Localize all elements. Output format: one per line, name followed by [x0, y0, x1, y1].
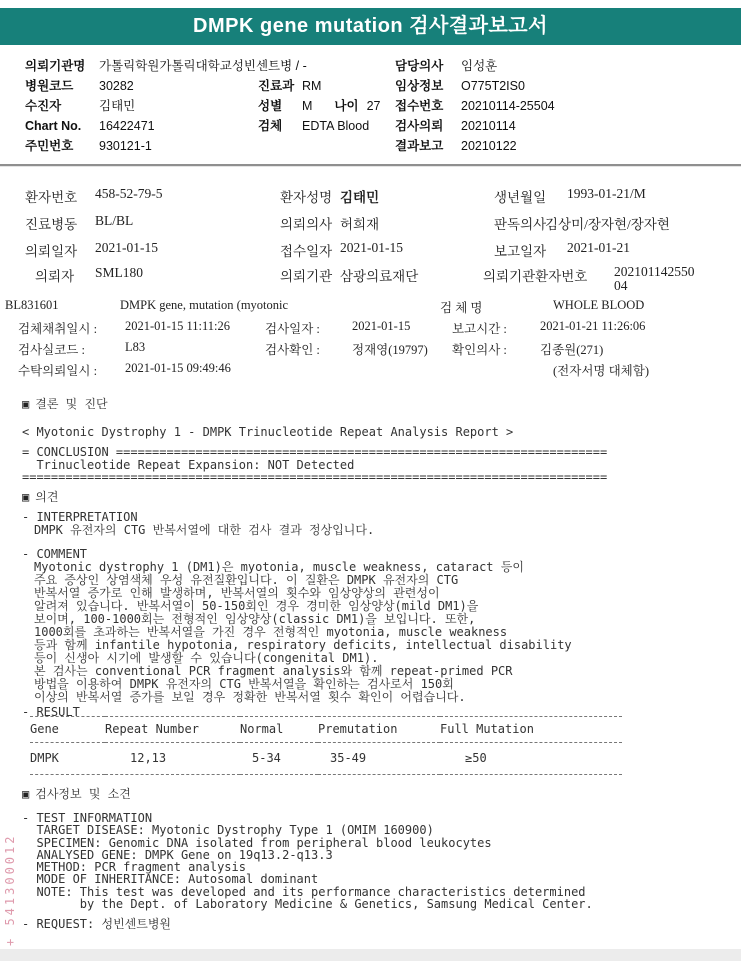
field-value: 가톨릭학원가톨릭대학교성빈센트병 / -: [99, 59, 307, 73]
info-row: 결과보고20210122: [395, 136, 555, 156]
request-info-middle: 진료과RM 성별M나이27 검체EDTA Blood: [258, 76, 380, 136]
vertical-accession-code: + 541300012: [3, 834, 17, 946]
section-marker-icon: ▣: [22, 490, 29, 504]
field-label: 환자번호: [25, 186, 77, 206]
field-label: 의뢰기관명: [25, 56, 99, 76]
field-label: 보고일자: [494, 240, 546, 260]
field-label: 검체채취일시 :: [18, 319, 97, 337]
field-value: 임성훈: [461, 59, 497, 73]
field-label: 주민번호: [25, 136, 99, 156]
field-value: 김종원(271): [540, 340, 603, 358]
field-label: 수진자: [25, 96, 99, 116]
repeat-number-cell: 12,13: [105, 743, 240, 775]
section-marker-icon: ▣: [22, 787, 29, 801]
field-label: 보고시간 :: [452, 319, 507, 337]
signature-note: (전자서명 대체함): [553, 361, 649, 379]
section-heading-conclusion: ▣결론 및 진단: [22, 398, 108, 411]
field-value: 16422471: [99, 119, 155, 133]
field-label: 임상정보: [395, 76, 461, 96]
column-header: Full Mutation: [440, 717, 622, 743]
field-label: 검사일자 :: [265, 319, 320, 337]
field-value: 삼광의료재단: [340, 265, 418, 285]
test-info-body: - TEST INFORMATION TARGET DISEASE: Myoto…: [22, 812, 593, 910]
report-page: DMPK gene mutation 검사결과보고서 의뢰기관명가톨릭학원가톨릭…: [0, 0, 741, 961]
section-divider: [0, 164, 741, 167]
info-row: 검체EDTA Blood: [258, 116, 380, 136]
info-row: 담당의사임성훈: [395, 56, 555, 76]
field-label: 의뢰자: [35, 265, 74, 285]
field-label: 병원코드: [25, 76, 99, 96]
section-title: 검사정보 및 소견: [35, 787, 131, 801]
field-value: 20210122: [461, 139, 517, 153]
gene-cell: DMPK: [30, 743, 105, 775]
field-value: 정재영(19797): [352, 340, 428, 358]
column-header: Premutation: [318, 717, 440, 743]
info-row: 주민번호930121-1: [25, 136, 307, 156]
test-name: DMPK gene, mutation (myotonic: [120, 298, 288, 313]
info-row: 임상정보O775T2IS0: [395, 76, 555, 96]
result-table-data-row: DMPK 12,13 5-34 35-49 ≥50: [30, 743, 622, 775]
field-value: 1993-01-21/M: [567, 186, 646, 202]
field-label: 생년월일: [494, 186, 546, 206]
field-value: 허희재: [340, 213, 379, 233]
field-label: 의뢰기관: [280, 265, 332, 285]
column-header: Gene: [30, 717, 105, 743]
section-title: 의견: [35, 490, 58, 504]
field-label: 검사의뢰: [395, 116, 461, 136]
field-value: 930121-1: [99, 139, 152, 153]
field-value: 2021-01-15: [352, 319, 410, 334]
field-value: 2021-01-15 09:49:46: [125, 361, 231, 376]
info-row: 의뢰기관명가톨릭학원가톨릭대학교성빈센트병 / -: [25, 56, 307, 76]
field-value: L83: [125, 340, 145, 355]
info-row: 검사의뢰20210114: [395, 116, 555, 136]
field-value: 27: [367, 99, 381, 113]
field-value: 2021-01-21: [567, 240, 630, 256]
field-value: 20210114255004: [614, 265, 698, 293]
report-subtitle: < Myotonic Dystrophy 1 - DMPK Trinucleot…: [22, 426, 513, 439]
field-value: SML180: [95, 265, 143, 281]
info-row: 성별M나이27: [258, 96, 380, 116]
field-label: 의뢰의사: [280, 213, 332, 233]
field-value: 2021-01-15 11:11:26: [125, 319, 230, 334]
field-value: 2021-01-21 11:26:06: [540, 319, 645, 334]
info-row: 진료과RM: [258, 76, 380, 96]
field-label: 환자성명: [280, 186, 332, 206]
test-code: BL831601: [5, 298, 58, 313]
field-label: 진료병동: [25, 213, 77, 233]
field-label: 검사확인 :: [265, 340, 320, 358]
field-value: 30282: [99, 79, 134, 93]
field-value: 2021-01-15: [340, 240, 403, 256]
info-row: 접수번호20210114-25504: [395, 96, 555, 116]
request-line: - REQUEST: 성빈센트병원: [22, 918, 171, 931]
normal-range-cell: 5-34: [240, 743, 318, 775]
field-value: BL/BL: [95, 213, 133, 229]
field-label: Chart No.: [25, 116, 99, 136]
section-heading-test-info: ▣검사정보 및 소견: [22, 788, 131, 801]
field-value: 458-52-79-5: [95, 186, 163, 202]
comment-body: Myotonic dystrophy 1 (DM1)은 myotonia, mu…: [34, 561, 674, 704]
field-label: 접수일자: [280, 240, 332, 260]
field-label: 검체: [258, 116, 302, 136]
field-value: EDTA Blood: [302, 119, 369, 133]
patient-name: 김태민: [340, 186, 379, 206]
field-value: 김상미/장자현/장자현: [545, 213, 670, 233]
field-label: 판독의사: [494, 213, 546, 233]
section-heading-opinion: ▣의견: [22, 491, 58, 504]
field-value: M: [302, 99, 312, 113]
field-label: 확인의사 :: [452, 340, 507, 358]
field-label: 의뢰일자: [25, 240, 77, 260]
section-marker-icon: ▣: [22, 397, 29, 411]
column-header: Normal: [240, 717, 318, 743]
specimen-type: WHOLE BLOOD: [553, 298, 644, 313]
report-title: DMPK gene mutation 검사결과보고서: [193, 15, 548, 37]
field-value: RM: [302, 79, 321, 93]
conclusion-rule-bottom: ========================================…: [22, 471, 607, 484]
field-value: O775T2IS0: [461, 79, 525, 93]
field-label: 검사실코드 :: [18, 340, 85, 358]
field-label: 진료과: [258, 76, 302, 96]
field-label: 수탁의뢰일시 :: [18, 361, 97, 379]
field-value: 20210114-25504: [461, 99, 555, 113]
field-label: 접수번호: [395, 96, 461, 116]
field-value: 김태민: [99, 99, 135, 113]
premutation-range-cell: 35-49: [318, 743, 440, 775]
field-label: 나이: [334, 96, 358, 116]
column-header: Repeat Number: [105, 717, 240, 743]
field-label: 결과보고: [395, 136, 461, 156]
bottom-strip: [0, 949, 741, 961]
interpretation-body: DMPK 유전자의 CTG 반복서열에 대한 검사 결과 정상입니다.: [34, 524, 674, 537]
field-label: 담당의사: [395, 56, 461, 76]
request-info-right: 담당의사임성훈 임상정보O775T2IS0 접수번호20210114-25504…: [395, 56, 555, 156]
result-table: Gene Repeat Number Normal Premutation Fu…: [30, 716, 622, 775]
field-label: 의뢰기관환자번호: [483, 265, 587, 285]
field-label: 성별: [258, 96, 302, 116]
result-table-header-row: Gene Repeat Number Normal Premutation Fu…: [30, 717, 622, 743]
full-mutation-range-cell: ≥50: [440, 743, 622, 775]
section-title: 결론 및 진단: [35, 397, 107, 411]
report-title-bar: DMPK gene mutation 검사결과보고서: [0, 8, 741, 45]
field-value: 2021-01-15: [95, 240, 158, 256]
field-value: 20210114: [461, 119, 516, 133]
field-label: 검 체 명: [440, 298, 482, 316]
